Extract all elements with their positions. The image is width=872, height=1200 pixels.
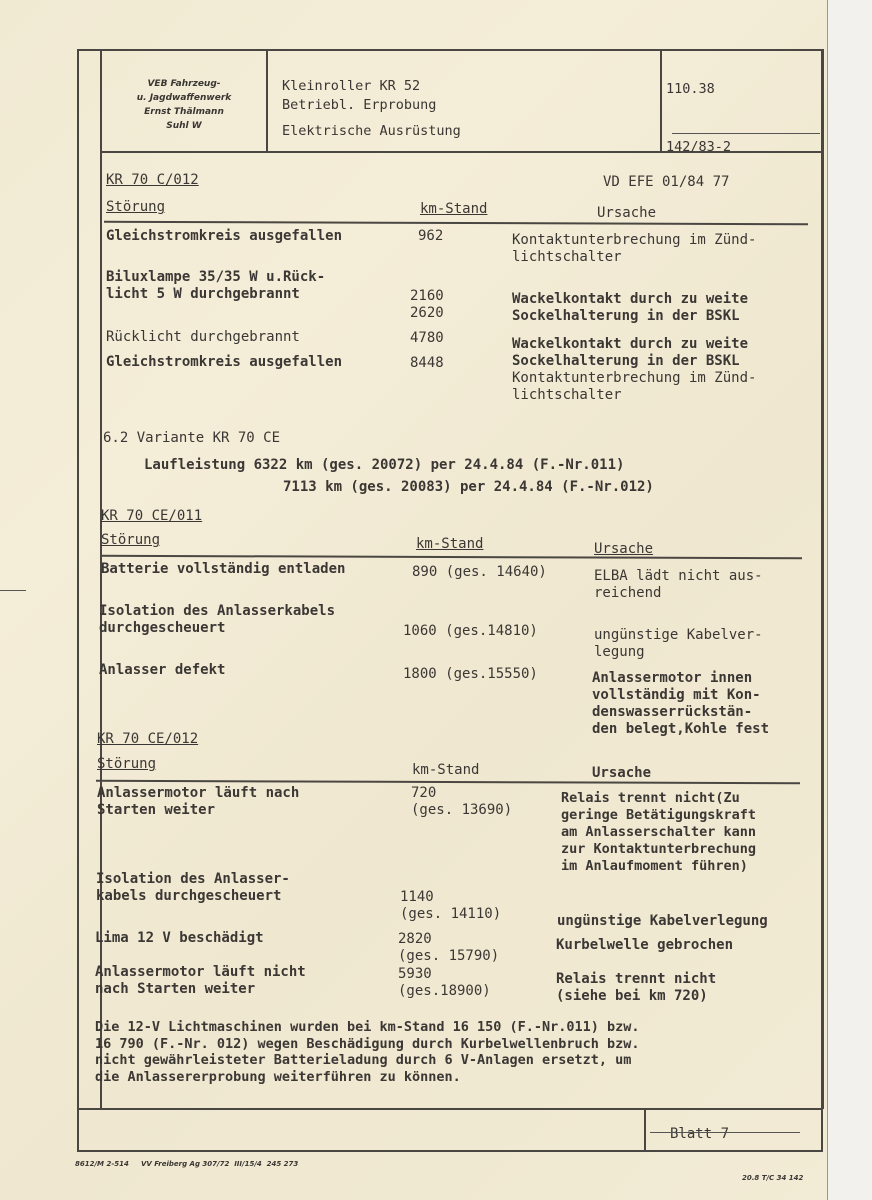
table-cell-km: 2820 (ges. 15790) <box>398 931 499 965</box>
column-header-km: km-Stand <box>420 201 487 218</box>
table-cell-stoerung: Anlassermotor läuft nicht nach Starten w… <box>95 964 306 998</box>
table-cell-stoerung: Gleichstromkreis ausgefallen <box>106 354 342 371</box>
table-cell-stoerung: Batterie vollständig entladen <box>101 561 345 578</box>
print-reference: 8612/M 2-514 VV Freiberg Ag 307/72 III/1… <box>75 1160 298 1168</box>
table-cell-stoerung: Isolation des Anlasserkabels durchgesche… <box>99 603 335 637</box>
table-cell-ursache: Kontaktunterbrechung im Zünd- lichtschal… <box>512 232 756 266</box>
reference-code: 142/83-2 <box>666 139 731 155</box>
organization-block: VEB Fahrzeug- u. Jagdwaffenwerk Ernst Th… <box>102 51 268 151</box>
title-line: Betriebl. Erprobung <box>282 96 660 115</box>
table-cell-ursache: ungünstige Kabelver- legung <box>594 627 763 661</box>
column-header-ursache: Ursache <box>592 765 651 782</box>
table-cell-ursache: Kurbelwelle gebrochen <box>556 937 733 954</box>
section-title: KR 70 C/012 <box>106 172 199 189</box>
table-cell-ursache: Wackelkontakt durch zu weite Sockelhalte… <box>512 291 748 325</box>
org-line: Suhl W <box>102 119 266 133</box>
title-line: Elektrische Ausrüstung <box>282 122 660 141</box>
column-header-km: km-Stand <box>416 536 483 553</box>
table-cell-stoerung: Biluxlampe 35/35 W u.Rück- licht 5 W dur… <box>106 269 325 303</box>
table-cell-stoerung: Isolation des Anlasser- kabels durchgesc… <box>96 871 290 905</box>
note-paragraph: Die 12-V Lichtmaschinen wurden bei km-St… <box>95 1019 640 1085</box>
section-title: KR 70 CE/011 <box>101 508 202 525</box>
table-cell-ursache: ungünstige Kabelverlegung <box>557 913 768 930</box>
table-cell-ursache: Anlassermotor innen vollständig mit Kon-… <box>592 670 769 738</box>
form-header: VEB Fahrzeug- u. Jagdwaffenwerk Ernst Th… <box>100 49 824 153</box>
sheet-number: Blatt 7 <box>670 1126 729 1143</box>
table-cell-ursache: Wackelkontakt durch zu weite Sockelhalte… <box>512 336 748 370</box>
column-header-stoerung: Störung <box>101 532 160 549</box>
table-cell-stoerung: Gleichstromkreis ausgefallen <box>106 228 342 245</box>
table-cell-stoerung: Rücklicht durchgebrannt <box>106 329 300 346</box>
table-cell-ursache: ELBA lädt nicht aus- reichend <box>594 568 763 602</box>
table-cell-km: 1060 (ges.14810) <box>403 623 538 640</box>
table-cell-stoerung: Anlassermotor läuft nach Starten weiter <box>97 785 299 819</box>
column-header-ursache: Ursache <box>597 205 656 222</box>
table-cell-km: 890 (ges. 14640) <box>412 564 547 581</box>
variant-mileage-line: 7113 km (ges. 20083) per 24.4.84 (F.-Nr.… <box>283 479 654 496</box>
table-cell-ursache: Kontaktunterbrechung im Zünd- lichtschal… <box>512 370 756 404</box>
table-cell-km: 1800 (ges.15550) <box>403 666 538 683</box>
table-cell-km: 4780 <box>410 330 444 347</box>
table-cell-km: 8448 <box>410 355 444 372</box>
org-line: u. Jagdwaffenwerk <box>102 91 266 105</box>
org-line: Ernst Thälmann <box>102 105 266 119</box>
table-cell-ursache: Relais trennt nicht (siehe bei km 720) <box>556 971 716 1005</box>
sheet-box-divider <box>644 1110 646 1152</box>
column-header-stoerung: Störung <box>97 756 156 773</box>
table-cell-km: 1140 (ges. 14110) <box>400 889 501 923</box>
table-cell-km: 720 (ges. 13690) <box>411 785 512 819</box>
form-code: 20.8 T/C 34 142 <box>742 1174 803 1182</box>
table-cell-km: 5930 (ges.18900) <box>398 966 491 1000</box>
sheet-underline <box>650 1132 800 1133</box>
divider <box>672 133 820 134</box>
stamp-text: VD EFE 01/84 77 <box>603 174 729 191</box>
org-line: VEB Fahrzeug- <box>102 77 266 91</box>
reference-block: 110.38 142/83-2 <box>666 51 822 151</box>
reference-number: 110.38 <box>666 81 715 97</box>
table-cell-km: 962 <box>418 228 443 245</box>
column-header-km: km-Stand <box>412 762 479 779</box>
variant-mileage-line: Laufleistung 6322 km (ges. 20072) per 24… <box>144 457 624 474</box>
table-cell-ursache: Relais trennt nicht(Zu geringe Betätigun… <box>561 790 756 875</box>
table-cell-stoerung: Lima 12 V beschädigt <box>95 930 264 947</box>
column-header-stoerung: Störung <box>106 199 165 216</box>
table-cell-stoerung: Anlasser defekt <box>99 662 225 679</box>
column-header-ursache: Ursache <box>594 541 653 558</box>
fold-mark <box>0 590 26 591</box>
table-cell-km: 2160 2620 <box>410 288 444 322</box>
title-line: Kleinroller KR 52 <box>282 77 660 96</box>
footer-rule <box>77 1108 823 1110</box>
variant-heading: 6.2 Variante KR 70 CE <box>103 430 280 447</box>
document-title: Kleinroller KR 52 Betriebl. Erprobung El… <box>270 51 662 151</box>
section-title: KR 70 CE/012 <box>97 731 198 748</box>
